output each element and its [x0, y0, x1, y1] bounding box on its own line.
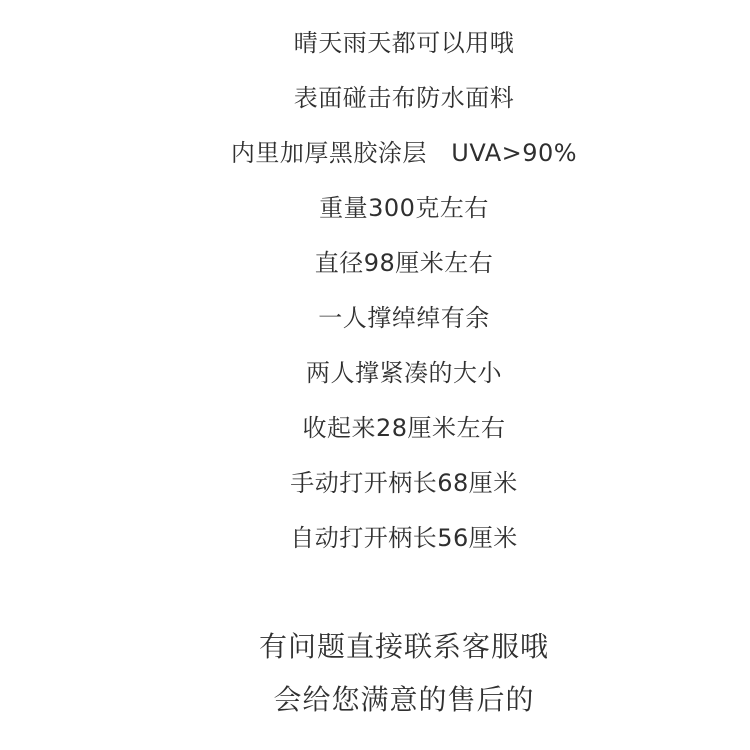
- spec-line-two-person: 两人撑紧凑的大小: [29, 360, 750, 387]
- text-block: 晴天雨天都可以用哦 表面碰击布防水面料 内里加厚黑胶涂层 UVA>90% 重量3…: [29, 0, 750, 750]
- spec-line-auto-handle: 自动打开柄长56厘米: [29, 525, 750, 552]
- spec-line-weight: 重量300克左右: [29, 195, 750, 222]
- product-description-image: 晴天雨天都可以用哦 表面碰击布防水面料 内里加厚黑胶涂层 UVA>90% 重量3…: [0, 0, 750, 750]
- footer-line-after-sales: 会给您满意的售后的: [29, 684, 750, 715]
- spec-line-coating-uva: 内里加厚黑胶涂层 UVA>90%: [29, 140, 750, 167]
- footer-line-contact-service: 有问题直接联系客服哦: [29, 631, 750, 662]
- spec-line-diameter: 直径98厘米左右: [29, 250, 750, 277]
- spec-line-folded-length: 收起来28厘米左右: [29, 415, 750, 442]
- spec-line-fabric: 表面碰击布防水面料: [29, 85, 750, 112]
- spec-line-one-person: 一人撑绰绰有余: [29, 305, 750, 332]
- spec-line-manual-handle: 手动打开柄长68厘米: [29, 470, 750, 497]
- spec-line-sunny-rainy: 晴天雨天都可以用哦: [29, 30, 750, 57]
